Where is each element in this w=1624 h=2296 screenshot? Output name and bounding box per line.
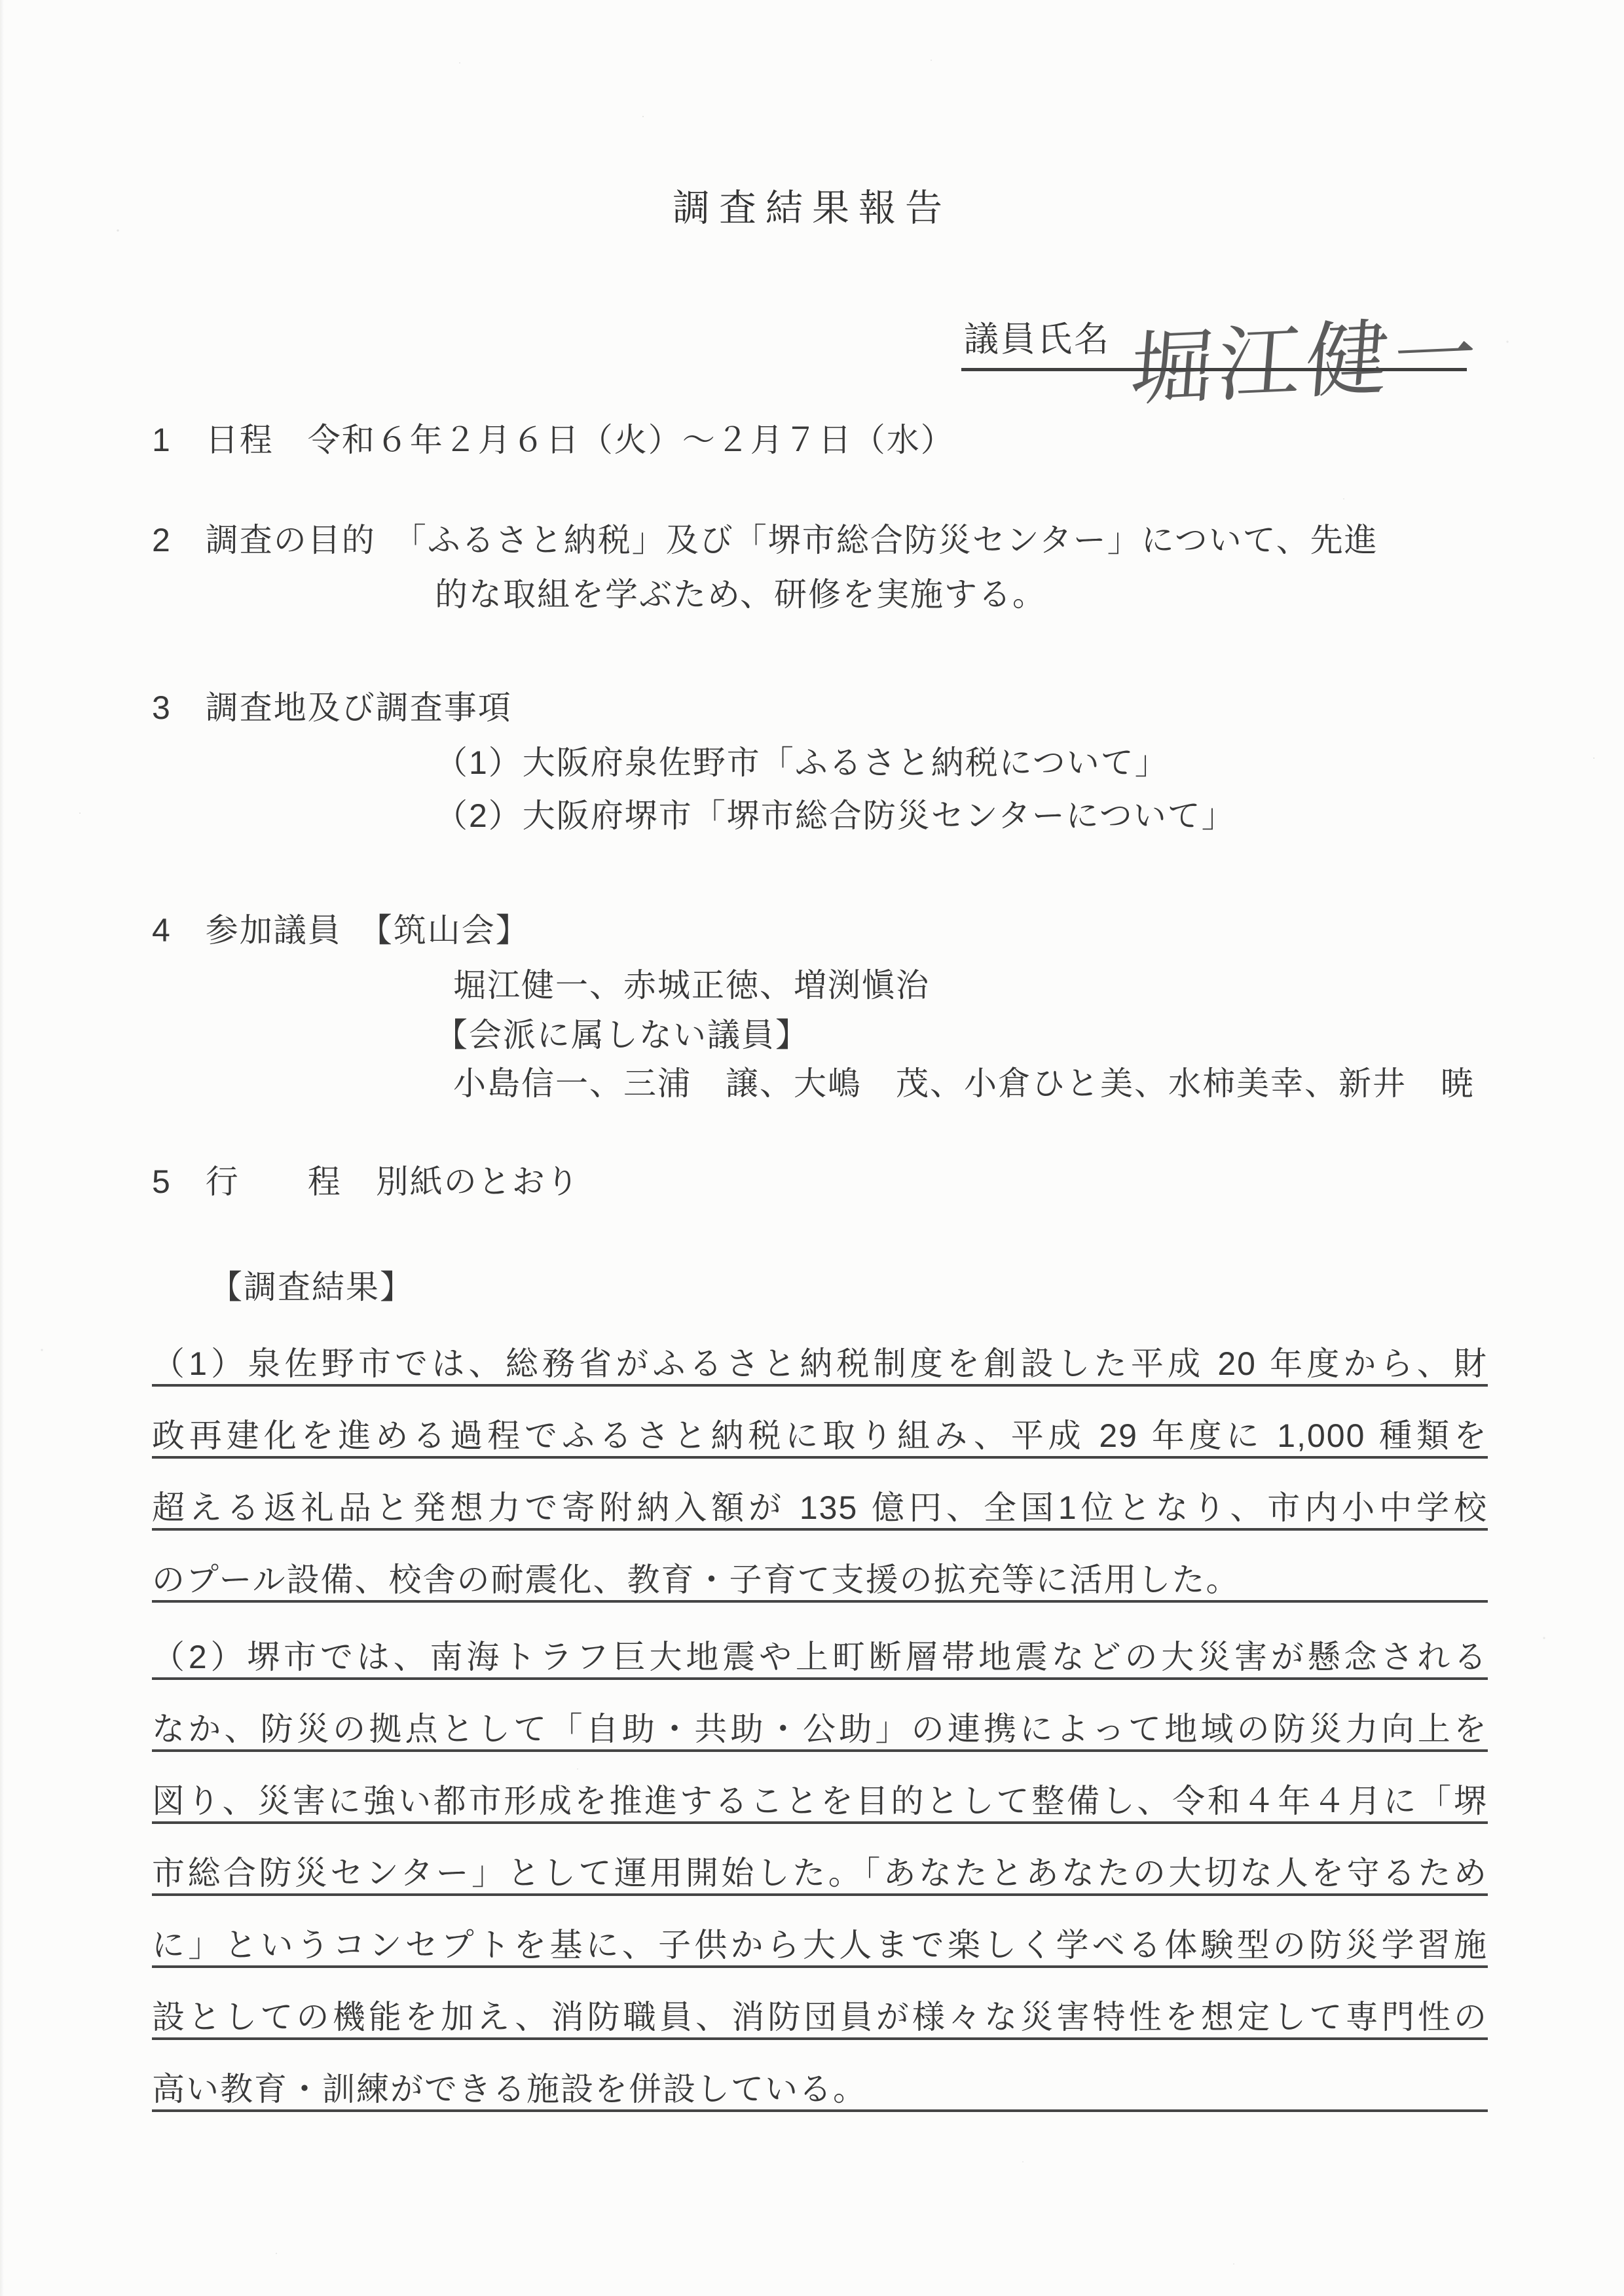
item-5-itinerary: 5 行 程 別紙のとおり (152, 1162, 580, 1201)
result-1-line: 超える返礼品と発想力で寄附納入額が 135 億円、全国1位となり、市内小中学校 (152, 1487, 1488, 1531)
result-2-line: 設としての機能を加え、消防職員、消防団員が様々な災害特性を想定して専門性の (152, 1997, 1488, 2040)
signature-block: 議員氏名 堀江健一 (961, 253, 1467, 371)
item-3-sub-1: （1）大阪府泉佐野市「ふるさと納税について」 (435, 743, 1169, 782)
item-2-purpose-line-2: 的な取組を学ぶため、研修を実施する。 (435, 575, 1046, 614)
signature-label: 議員氏名 (964, 312, 1111, 361)
scanned-report-page: 調査結果報告 議員氏名 堀江健一 1 日程 令和６年２月６日（火）～２月７日（水… (0, 0, 1624, 2296)
result-2-line: 図り、災害に強い都市形成を推進することを目的として整備し、令和４年４月に「堺 (152, 1781, 1488, 1824)
result-2-line: に」というコンセプトを基に、子供から大人まで楽しく学べる体験型の防災学習施 (152, 1925, 1488, 1968)
result-paragraph-1: （1）泉佐野市では、総務省がふるさと納税制度を創設した平成 20 年度から、財 … (152, 1343, 1488, 1631)
result-1-line: （1）泉佐野市では、総務省がふるさと納税制度を創設した平成 20 年度から、財 (152, 1343, 1488, 1387)
item-4-group-2: 【会派に属しない議員】 (435, 1015, 809, 1055)
item-4-members-2: 小島信一、三浦 譲、大嶋 茂、小倉ひと美、水柿美幸、新井 暁 (453, 1064, 1475, 1103)
item-3-sub-2: （2）大阪府堺市「堺市総合防災センターについて」 (435, 796, 1236, 835)
item-2-purpose-line-1: 2 調査の目的 「ふるさと納税」及び「堺市総合防災センター」について、先進 (152, 520, 1378, 560)
result-1-line: のプール設備、校舎の耐震化、教育・子育て支援の拡充等に活用した。 (152, 1559, 1488, 1603)
page-title: 調査結果報告 (0, 178, 1624, 232)
result-2-line: 市総合防災センター」として運用開始した。「あなたとあなたの大切な人を守るため (152, 1853, 1488, 1896)
item-4-heading: 4 参加議員 【筑山会】 (152, 911, 530, 950)
item-1-schedule: 1 日程 令和６年２月６日（火）～２月７日（水） (152, 420, 955, 460)
results-heading: 【調査結果】 (210, 1267, 414, 1307)
result-paragraph-2: （2）堺市では、南海トラフ巨大地震や上町断層帯地震などの大災害が懸念される なか… (152, 1637, 1488, 2141)
signature-handwriting: 堀江健一 (1127, 313, 1484, 411)
result-2-line: 高い教育・訓練ができる施設を併設している。 (152, 2069, 1488, 2112)
result-1-line: 政再建化を進める過程でふるさと納税に取り組み、平成 29 年度に 1,000 種… (152, 1415, 1488, 1459)
result-2-line: （2）堺市では、南海トラフ巨大地震や上町断層帯地震などの大災害が懸念される (152, 1637, 1488, 1680)
result-2-line: なか、防災の拠点として「自助・共助・公助」の連携によって地域の防災力向上を (152, 1709, 1488, 1752)
item-3-heading: 3 調査地及び調査事項 (152, 688, 512, 727)
item-4-members-1: 堀江健一、赤城正徳、増渕愼治 (453, 966, 930, 1005)
